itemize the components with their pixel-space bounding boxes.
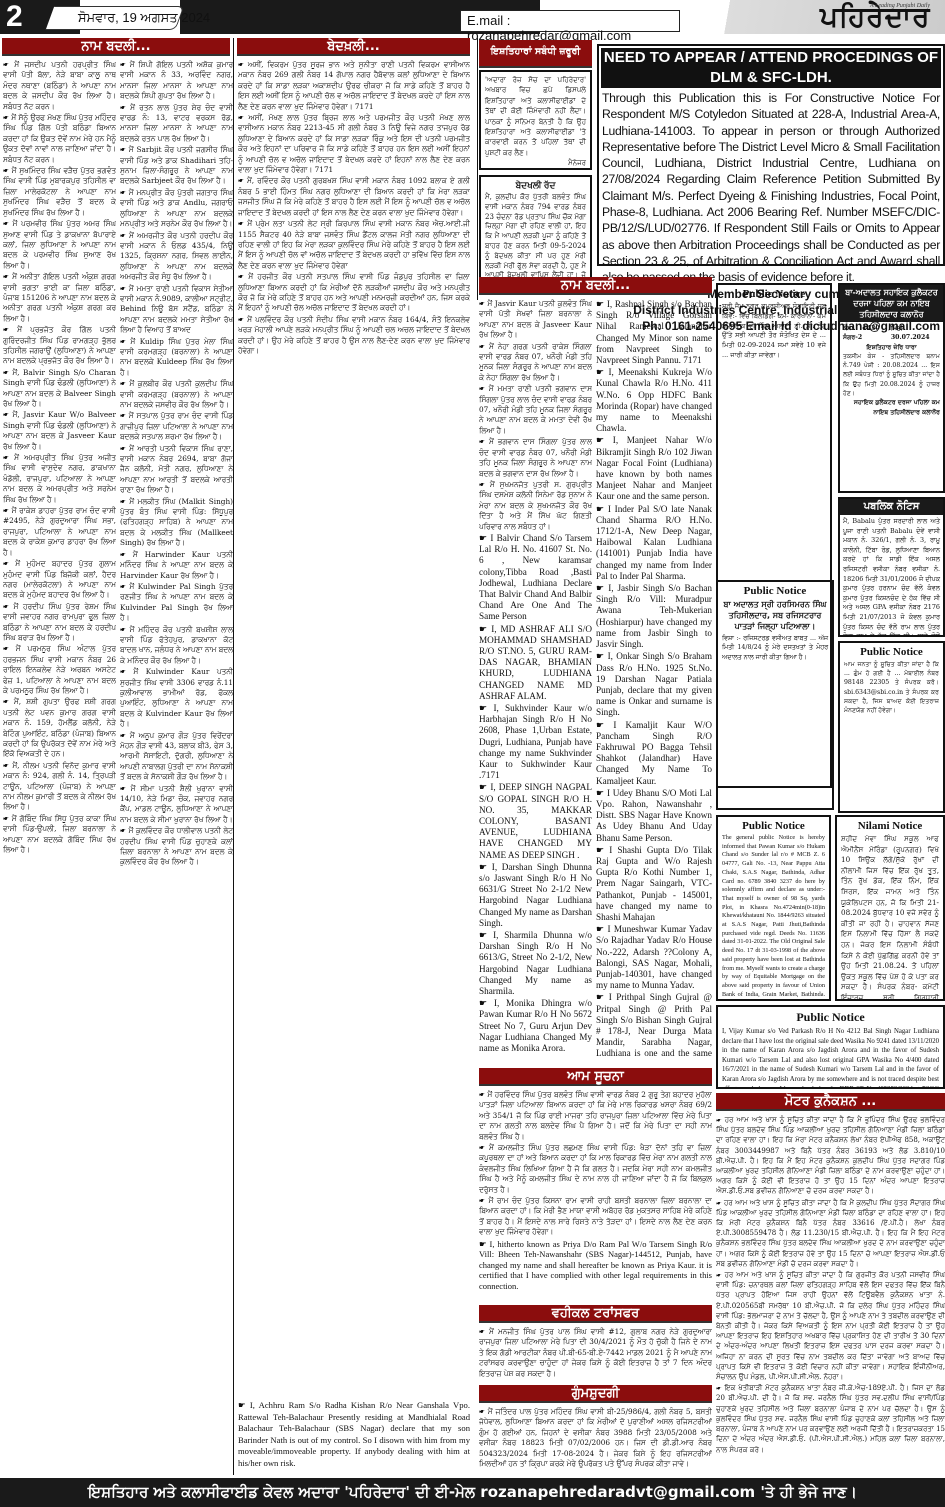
list-item: ਮੈਂ Kulwinder Pal Singh ਪੁੱਤਰ ਰਣਜੀਤ ਸਿੰਘ… xyxy=(120,582,233,624)
list-item: ਮੈਂ ਮਲਕੀਤ ਸਿੰਘ (Malkit Singh) ਪੁੱਤਰ ਬੰਤ … xyxy=(120,497,233,549)
list-item: ਮੈਂ, Jasvir Kaur W/o Balveer Singh ਵਾਸੀ … xyxy=(3,410,116,452)
list-item: ਮੈਂ ਅਨੀਤਾ ਗੋਇਲ ਪਤਨੀ ਅੰਕੁਸ਼ ਗਰਗ ਵਾਸੀ ਭਗਤਾ… xyxy=(3,272,116,324)
section-header-disownment: ਬੇਦਖ਼ਲੀ... xyxy=(237,38,470,56)
list-item: ਮੈਂ ਮਹਿੰਦਰ ਕੌਰ ਪਤਨੀ ਬਖਸ਼ੀਸ਼ ਲਾਲ ਵਾਸੀ ਪਿੰ… xyxy=(120,625,233,667)
list-item: ਮੈਂ ਪ੍ਰਭਜੋਤ ਕੌਰ ਗਿੱਲ ਪਤਨੀ ਗੁਰਿੰਦਰਜੀਤ ਸਿੰ… xyxy=(3,325,116,367)
court-notice-sign: ਸਹਾਇਕ ਕੁਲੈਕਟਰ ਦਰਜਾ ਪਹਿਲਾ ਕਮ ਨਾਇਬ ਤਹਿਸੀਲਦ… xyxy=(843,398,940,417)
list-item: ਮੈਂ Harwinder Kaur ਪਤਨੀ ਮਨਿੰਦਰ ਸਿੰਘ ਨੇ ਆ… xyxy=(120,550,233,581)
list-item: ਹਰ ਆਮ ਅਤੇ ਖਾਸ ਨੂੰ ਸੂਚਿਤ ਕੀਤਾ ਜਾਂਦਾ ਹੈ ਕਿ… xyxy=(716,1115,945,1197)
list-item: ਮੈਂ, Balvir Singh S/o Charan Singh ਵਾਸੀ … xyxy=(3,368,116,410)
list-item: ਮੈਂ, ਨੀਲਮ ਪਤਨੀ ਵਿਨੋਦ ਕੁਮਾਰ ਵਾਸੀ ਮਕਾਨ ਨੰ:… xyxy=(3,761,116,813)
name-change-column-2: ਮੈਂ ਸ਼ਿਪੀ ਗੋਇਲ ਪਤਨੀ ਅਸ਼ੋਕ ਕੁਮਾਰ ਵਾਸੀ ਮਕਾ… xyxy=(120,60,233,1475)
list-item: ਮੈਂ ਪਰਮਨੂਰ ਸਿੰਘ ਅੰਟਾਲ ਪੁੱਤਰ ਹਰਭਜਨ ਸਿੰਘ ਵ… xyxy=(3,644,116,696)
court-notice-body: ਤਕਸੀਮ ਕੇਸ - ਤਹਿਸੀਲਦਾਰ ਬਨਾਮ ਨੰ.749 ਪੇਸ਼ੀ … xyxy=(843,353,940,397)
list-item: ਮੈਂ Kulwinder Kaur ਪਤਨੀ ਸੁਰਜੀਤ ਸਿੰਘ ਵਾਸੀ… xyxy=(120,667,233,729)
name-change-column-4: I, Rashpal Singh s/o Bachan Singh R/o Vi… xyxy=(596,299,712,1061)
vehicle-transfer-notice: ਮੈਂ ਮਨਜੀਤ ਸਿੰਘ ਪੁੱਤਰ ਪਾਲ ਸਿੰਘ ਵਾਸੀ #12, … xyxy=(479,1327,712,1377)
notice-body: I, Vijay Kumar s/o Ved Parkash R/o H No … xyxy=(722,1028,939,1089)
list-item: I Shashi Gupta D/o Tilak Raj Gupta and W… xyxy=(596,845,712,923)
list-item: ਮੈਂ, ਰਵਿੰਦਰ ਕੌਰ ਪਤਨੀ ਗੁਰਬਖਸ਼ ਸਿੰਘ ਵਾਸੀ ਮ… xyxy=(238,176,470,218)
list-item: ਮੈਂ ਕੁਲਬੀਰ ਕੌਰ ਪਤਨੀ ਕੁਲਦੀਪ ਸਿੰਘ ਵਾਸੀ ਕਰਮ… xyxy=(120,379,233,410)
list-item: ਮੈਂ ਸੁਖਮਨਜੋਤ ਪੁਤਰੀ ਸ. ਗੁਰਪ੍ਰੀਤ ਸਿੰਘ ਦਸਮੇ… xyxy=(479,480,592,532)
public-notice-3: Public Notice ਆਮ ਜਨਤਾ ਨੂੰ ਸੂਚਿਤ ਕੀਤਾ ਜਾਂ… xyxy=(838,641,945,813)
name-change-column-3: ਮੈਂ Jasvir Kaur ਪਤਨੀ ਕੁਲਵੰਤ ਸਿੰਘ ਵਾਸੀ ਪੱ… xyxy=(479,299,592,1061)
dlm-notice-body: Through this Publication this is For Con… xyxy=(602,90,940,286)
list-item: I Muneshwar Kumar Yadav S/o Rajadhar Yad… xyxy=(596,924,712,991)
list-item: ਮੈਂ ਸੋਨੂੰ ਉਰਫ ਮੱਖਣ ਸਿੰਘ ਪੁੱਤਰ ਮਹਿੰਦਰ ਸਿੰ… xyxy=(3,113,116,165)
public-notice-2: Public Notice ਬਾ ਅਦਾਲਤ ਸ੍ਰੀ ਹਰਸਿਮਰਨ ਸਿੰਘ… xyxy=(716,580,834,810)
meter-connection-notices: ਹਰ ਆਮ ਅਤੇ ਖਾਸ ਨੂੰ ਸੂਚਿਤ ਕੀਤਾ ਜਾਂਦਾ ਹੈ ਕਿ… xyxy=(716,1115,945,1475)
list-item: ਮੈਂ ਨੇਹਾ ਗਰਗ ਪਤਨੀ ਰਾਕੇਸ਼ ਸਿੰਗਲਾ ਵਾਸੀ ਵਾਰ… xyxy=(479,342,592,384)
list-item: ਮੈਂ ਮਮਤਾ ਰਾਣੀ ਪਤਨੀ ਵਿਕਾਸ ਸੇਤੀਆ ਵਾਸੀ ਮਕਾਨ… xyxy=(120,284,233,336)
section-header-vehicle-transfer: ਵਹੀਕਲ ਟਰਾਂਸਫਰ xyxy=(479,1305,712,1323)
list-item: ਮੈਂ ਹਰਜੀਤ ਕੌਰ ਪਤਨੀ ਸਤਪਾਲ ਸਿੰਘ ਵਾਸੀ ਪਿੰਡ … xyxy=(238,272,470,314)
public-notice-4: Public Notice The general public Notice … xyxy=(716,815,831,1001)
list-item: ਹਰ ਆਮ ਅਤੇ ਖਾਸ ਨੂੰ ਸੂਚਿਤ ਕੀਤਾ ਜਾਂਦਾ ਹੈ ਕਿ… xyxy=(716,1270,945,1382)
disclaimer-header: ਇਸ਼ਤਿਹਾਰਾਂ ਸਬੰਧੀ ਜ਼ਰੂਰੀ ਬੇਨਤੀ xyxy=(479,40,592,68)
public-notice-5: Public Notice I, Vijay Kumar s/o Ved Par… xyxy=(716,1005,945,1089)
list-item: I Inder Pal S/O late Nanak Chand Sharma … xyxy=(596,504,712,582)
list-item: I, Meenakshi Kukreja W/o Kunal Chawla R/… xyxy=(596,367,712,434)
list-item: I Udey Bhanu S/O Moti Lal Vpo. Rahon, Na… xyxy=(596,788,712,844)
list-item: I Kamaljit Kaur W/O Pancham Singh R/O Fa… xyxy=(596,720,712,787)
list-item: ਮੈਂ ਜਸਦੀਪ ਪਤਨੀ ਹਰਪ੍ਰੀਤ ਸਿੰਘ ਵਾਸੀ ਪੱਤੀ ਬੱ… xyxy=(3,60,116,112)
list-item: ਮੈਂ, ਸ਼ਸ਼ੀ ਗੁਪਤਾ ਉਰਫ ਸ਼ਸ਼ੀ ਗਰਗ ਪਤਨੀ ਲੇਟ … xyxy=(3,697,116,759)
list-item: I, Rashpal Singh s/o Bachan Singh R/o Vi… xyxy=(596,299,712,366)
dlm-notice-title: NEED TO APPEAR / ATTEND PROCEDINGS OF DL… xyxy=(601,48,941,88)
name-change-column-1: ਮੈਂ ਜਸਦੀਪ ਪਤਨੀ ਹਰਪ੍ਰੀਤ ਸਿੰਘ ਵਾਸੀ ਪੱਤੀ ਬੱ… xyxy=(3,60,116,1475)
court-date: ਮਿਤੀ: 30.07.2024 xyxy=(891,324,940,343)
notice-body: ਸ਼ਹੀਦ ਮੇਵਾ ਸਿੰਘ ਸਕੂਲ ਆਫ ਐਮੀਨੈਂਸ ਮੋਰਿੰਡਾ … xyxy=(841,834,939,1001)
list-item: ਮੈਂ ਸੁਖਮਿੰਦਰ ਸਿੰਘ ਵੜੈਚ ਪੁੱਤਰ ਭਗਵੰਤ ਸਿੰਘ … xyxy=(3,166,116,218)
list-item: I, Darshan Singh Dhunna s/o Jaswant Sing… xyxy=(479,862,592,929)
list-item: ਮੈਂ ਪ੍ਰੇਮ ਲਤਾ ਪਤਨੀ ਲੇਟ ਸ੍ਰੀ ਕਿਰਪਾਲ ਸਿੰਘ … xyxy=(238,219,470,271)
footer-banner: ਇਸ਼ਤਿਹਾਰ ਅਤੇ ਕਲਾਸੀਫਾਈਡ ਕੇਵਲ ਅਦਾਰਾ 'ਪਹਿਰੇ… xyxy=(0,1478,945,1507)
list-item: I Prithpal Singh Gujral @ Pritpal Singh … xyxy=(596,992,712,1061)
list-item: ਮੈਂ ਅਮਰਪ੍ਰੀਤ ਸਿੰਘ ਪੁੱਤਰ ਅਜੀਤ ਸਿੰਘ ਵਾਸੀ ਵ… xyxy=(3,453,116,505)
disownment-english: I, Achhru Ram S/o Radha Kishan R/o Near … xyxy=(238,1400,470,1475)
missing-documents-notice: ਮੈਂ ਜਤਿੰਦਰ ਪਾਲ ਪੁੱਤਰ ਮਹਿੰਦਰ ਸਿੰਘ ਵਾਸੀ ਬੀ… xyxy=(479,1407,712,1475)
issue-date: ਸੋਮਵਾਰ, 19 ਅਗਸਤ 2024 xyxy=(78,10,210,26)
list-item: ਮੈਂ ਕੁਲਵਿੰਦਰ ਕੌਰ ਧਾਲੀਵਾਲ ਪਤਨੀ ਲੇਟ ਹਰਦੀਪ … xyxy=(120,826,233,868)
column-rule xyxy=(233,38,234,1475)
list-item: ਮੈਂ ਅਮਰਜੀਤ ਕੌਰ ਪਤਨੀ ਹਰਦੀਪ ਕੌਰ ਵਾਸੀ ਮਕਾਨ … xyxy=(120,231,233,283)
list-item: I, Manjeet Nahar W/o Bikramjit Singh R/o… xyxy=(596,435,712,502)
list-item: ਮੈਂ ਭਗਵਾਨ ਦਾਸ ਸਿੰਗਲਾ ਪੁੱਤਰ ਲਾਲ ਚੰਦ ਵਾਸੀ … xyxy=(479,437,592,479)
notice-body: ਆਮ ਜਨਤਾ ਨੂੰ ਸੂਚਿਤ ਕੀਤਾ ਜਾਂਦਾ ਹੈ ਕਿ ... ਗ… xyxy=(844,661,939,714)
list-item: ਮੈਂ Jasvir Kaur ਪਤਨੀ ਕੁਲਵੰਤ ਸਿੰਘ ਵਾਸੀ ਪੱ… xyxy=(479,299,592,341)
list-item: ਮੈਂ ਮਮਤਾ ਰਾਣੀ ਪਤਨੀ ਭਗਵਾਨ ਦਾਸ ਸਿੰਗਲਾ ਪੁੱਤ… xyxy=(479,384,592,436)
list-item: ਹਰ ਆਮ ਅਤੇ ਖਾਸ ਨੂੰ ਸੂਚਿਤ ਕੀਤਾ ਜਾਂਦਾ ਹੈ ਕਿ… xyxy=(716,1198,945,1269)
list-item: I, Sukhvinder Kaur w/o Harbhajan Singh R… xyxy=(479,703,592,781)
list-item: ਮੈਂ Sarbjit ਕੌਰ ਪਤਨੀ ਜਗਸੀਰ ਸਿੰਘ ਵਾਸੀ ਪਿੰ… xyxy=(120,145,233,187)
list-item: ਅਸੀਂ, ਮੱਖਣ ਲਾਲ ਪੁੱਤਰ ਬ੍ਰਿਜ ਲਾਲ ਅਤੇ ਪਰਮਜੀ… xyxy=(238,113,470,175)
list-item: I, MD ASHRAF ALI S/O MOHAMMAD SHAMSHAD R… xyxy=(479,624,592,702)
list-item: I, Monika Dhingra w/o Pawan Kumar R/o H … xyxy=(479,998,592,1054)
disclaimer-sign: ਮੈਨੇਜਰ xyxy=(485,158,586,168)
section-header-name-change: ਨਾਮ ਬਦਲੀ... xyxy=(2,38,230,56)
notice-subtitle: ਬਾ ਅਦਾਲਤ ਸ੍ਰੀ ਹਰਸਿਮਰਨ ਸਿੰਘ ਤਹਿਸੀਲਦਾਰ, ਸਬ… xyxy=(722,599,828,632)
list-item: ਇਕ ਖੇਤੀਬਾੜੀ ਮੋਟਰ ਕੁਨੈਕਸ਼ਨ ਖਾਤਾ ਨੰਬਰ ਜੀ.ਕ… xyxy=(716,1383,945,1454)
list-item: ਮੈਂ ਰਾਮ ਚੰਦ ਪੁੱਤਰ ਕਿਸਨਾ ਰਾਮ ਵਾਸੀ ਰਾਹੀ ਬਸ… xyxy=(479,1196,712,1238)
list-item: ਮੈਂ ਸਤਪਾਲ ਪੁੱਤਰ ਰਾਮ ਚੰਦ ਵਾਸੀ ਪਿੰਡ ਗਾਜ਼ੀਪ… xyxy=(120,411,233,442)
list-item: I Balvir Chand S/o Tarsem Lal R/o H. No.… xyxy=(479,533,592,623)
disownment-notices: ਅਸੀਂ, ਵਿਕਰਮ ਪੁੱਤਰ ਸੂਰਜ ਭਾਨ ਅਤੇ ਸੁਨੀਤਾ ਰਾ… xyxy=(238,60,470,1415)
section-header-name-change-2: ਨਾਮ ਬਦਲੀ... xyxy=(479,277,712,295)
notice-body: ਸ੍ਰੀ ਜੈਮ ਨਗਰ ਕਮਰਸ਼ੀਅਲ ਸੋਸਾਇਟੀ ਸਬ ਕਿਵੇਂ:-… xyxy=(722,302,826,359)
notice-title: Public Notice xyxy=(844,646,939,658)
notice-body: The general public Notice is hereby info… xyxy=(722,834,825,1001)
list-item: ਮੈਂ ਹਰਦੀਪ ਸਿੰਘ ਪੁੱਤਰ ਰੇਸ਼ਮ ਸਿੰਘ ਵਾਸੀ ਜਵਾ… xyxy=(3,602,116,644)
court-notice-sub: ਇਸ਼ਤਿਹਾਰ ਜ਼ੇਰਿ ਧਾਰਾ xyxy=(843,343,940,352)
section-header-missing: ਗੁੰਮਸ਼ੁਦਗੀ xyxy=(479,1385,712,1403)
notice-title: Public Notice xyxy=(722,585,828,597)
list-item: ਅਸੀਂ, ਵਿਕਰਮ ਪੁੱਤਰ ਸੂਰਜ ਭਾਨ ਅਤੇ ਸੁਨੀਤਾ ਰਾ… xyxy=(238,60,470,112)
list-item: ਮੈਂ ਮਨਪ੍ਰੀਤ ਕੌਰ ਪੁੱਤਰੀ ਜਗਤਾਰ ਸਿੰਘ ਵਾਸੀ ਪ… xyxy=(120,188,233,230)
section-header-meter-connection: ਮੋਟਰ ਕੁਨੈਕਸ਼ਨ ... xyxy=(716,1093,945,1111)
list-item: ਮੈਂ ਰਾਕੇਸ਼ ਡਾਹਰਾ ਪੁੱਤਰ ਰਾਮ ਚੰਦ ਵਾਸੀ #249… xyxy=(3,506,116,558)
list-item: ਮੈਂ ਰਤਨ ਲਾਲ ਪੁੱਤਰ ਸ਼ੇਰ ਚੰਦ ਵਾਸੀ ਵਾਰਡ ਨੰ:… xyxy=(120,103,233,145)
list-item: ਮੈਂ ਸ਼ਿਪੀ ਗੋਇਲ ਪਤਨੀ ਅਸ਼ੋਕ ਕੁਮਾਰ ਵਾਸੀ ਮਕਾ… xyxy=(120,60,233,102)
notice-title: ਪਬਲਿਕ ਨੋਟਿਸ xyxy=(840,499,943,515)
tagline: A Leading Punjabi Daily xyxy=(870,3,930,9)
list-item: ਮੈਂ ਹਰਵਿੰਦਰ ਸਿੰਘ ਪੁੱਤਰ ਬਲਵੰਤ ਸਿੰਘ ਵਾਸੀ ਵ… xyxy=(479,1090,712,1142)
notice-title: Public Notice xyxy=(722,1010,939,1025)
list-item: I, Achhru Ram S/o Radha Kishan R/o Near … xyxy=(238,1400,470,1469)
list-item: ਮੈਂ Kuldip ਸਿੰਘ ਪੁੱਤਰ ਮੇਲਾ ਸਿੰਘ ਵਾਸੀ ਕਰਮ… xyxy=(120,337,233,379)
court-notice: ਬਾ-ਅਦਾਲਤ ਸਹਾਇਕ ਕੁਲੈਕਟਰ ਦਰਜਾ ਪਹਿਲਾ ਕਮ ਨਾਇ… xyxy=(838,283,945,493)
section-header-general-notice: ਆਮ ਸੂਚਨਾ xyxy=(479,1068,712,1086)
header-email[interactable]: E.mail : rozanapehredar@gmail.com xyxy=(460,10,680,32)
notice-title: Nilami Notice xyxy=(841,820,939,832)
public-notice-punjabi: ਪਬਲਿਕ ਨੋਟਿਸ ਮੈਂ, Babalu ਪੁੱਤਰ ਸਰਦਾਰੀ ਲਾਲ… xyxy=(838,497,945,637)
list-item: ਮੈਂ ਕਮਲਜੀਤ ਸਿੰਘ ਪੁੱਤਰ ਲਛਮਣ ਸਿੰਘ ਵਾਸੀ ਪਿੰ… xyxy=(479,1143,712,1195)
list-item: ਮੈਂ ਮਨਜੀਤ ਸਿੰਘ ਪੁੱਤਰ ਪਾਲ ਸਿੰਘ ਵਾਸੀ #12, … xyxy=(479,1327,712,1377)
notice-body: ਵਿਸ਼ਾ :- ਰਜਿਸਟਰਡ ਵਸੀਅਤ ਬਾਬਤ ... ਅੱਜ ਮਿਤੀ… xyxy=(722,635,828,661)
notice-title: Public Notice xyxy=(722,288,826,300)
list-item: I, Sharmila Dhunna w/o Darshan Singh R/o… xyxy=(479,930,592,997)
list-item: ਮੈਂ ਪਲਵਿੰਦਰ ਕੌਰ ਪਤਨੀ ਸੰਦੀਪ ਸਿੰਘ ਵਾਸੀ ਮਕਾ… xyxy=(238,315,470,357)
general-notices: ਮੈਂ ਹਰਵਿੰਦਰ ਸਿੰਘ ਪੁੱਤਰ ਬਲਵੰਤ ਸਿੰਘ ਵਾਸੀ ਵ… xyxy=(479,1090,712,1302)
list-item: ਮੈਂ ਸੀਮਾ ਪਤਨੀ ਸ਼ੈਲੀ ਖੁਰਾਨਾ ਵਾਸੀ 14/10, ਨ… xyxy=(120,784,233,826)
list-item: I, hitherto known as Priya D/o Ram Pal W… xyxy=(479,1239,712,1292)
notice-title: Public Notice xyxy=(722,820,825,832)
list-item: ਮੈਂ ਗੋਬਿੰਦ ਸਿੰਘ ਸਿੱਧੂ ਪੁੱਤਰ ਕਾਕਾ ਸਿੰਘ ਵਾ… xyxy=(3,814,116,856)
box-title: ਬੇਦਖਲੀ ਰੱਦ xyxy=(485,180,586,191)
page-number: 2 xyxy=(6,0,23,34)
court-notice-title: ਬਾ-ਅਦਾਲਤ ਸਹਾਇਕ ਕੁਲੈਕਟਰ ਦਰਜਾ ਪਹਿਲਾ ਕਮ ਨਾਇ… xyxy=(840,285,943,322)
notice-body: ਮੈਂ, Babalu ਪੁੱਤਰ ਸਰਦਾਰੀ ਲਾਲ ਅਤੇ ਪੂਜਾ ਰਾ… xyxy=(840,515,943,637)
list-item: I, Jasbir Singh S/o Bachan Singh R/o Vil… xyxy=(596,583,712,650)
nilami-notice: Nilami Notice ਸ਼ਹੀਦ ਮੇਵਾ ਸਿੰਘ ਸਕੂਲ ਆਫ ਐਮ… xyxy=(835,815,945,1001)
list-item: ਮੈਂ ਅਨੂਪ ਕੁਮਾਰ ਗੌੜ ਪੁੱਤਰ ਵਿਰੇਂਦਰਾ ਮੋਹਨ ਗ… xyxy=(120,731,233,783)
list-item: ਮੈਂ ਜਤਿੰਦਰ ਪਾਲ ਪੁੱਤਰ ਮਹਿੰਦਰ ਸਿੰਘ ਵਾਸੀ ਬੀ… xyxy=(479,1407,712,1469)
dlm-notice: NEED TO APPEAR / ATTEND PROCEDINGS OF DL… xyxy=(597,44,945,266)
list-item: ਮੈਂ ਪਰਮਵੀਰ ਸਿੰਘ ਪੁੱਤਰ ਅਮਰ ਸਿੰਘ ਸੁਆਣ ਵਾਸੀ… xyxy=(3,219,116,271)
court-case-no: ਕੇਸ: 1430 /ਸੰਗਰ-2 xyxy=(843,324,891,343)
list-item: I, DEEP SINGH NAGPAL S/O GOPAL SINGH R/O… xyxy=(479,782,592,860)
list-item: ਮੈਂ ਆਰਤੀ ਪਤਨੀ ਵਿਕਾਸ ਸਿੰਘ ਰਾਣਾ, ਵਾਸੀ ਮਕਾਨ… xyxy=(120,444,233,496)
list-item: ਮੈਂ ਮੁਹੰਮਦ ਬਹਾਦਰ ਪੁੱਤਰ ਗੁਲਾਮ ਮੁਹੰਮਦ ਵਾਸੀ… xyxy=(3,559,116,601)
disclaimer-box: 'ਅਦਾਰਾ ਰੋਜ਼ ਸੋਚ ਦਾ ਪਹਿਰੇਦਾਰ' ਅਖਬਾਰ ਵਿਚ ਛ… xyxy=(479,70,592,170)
list-item: I, Onkar Singh S/o Braham Dass R/o H.No.… xyxy=(596,651,712,718)
disclaimer-text: 'ਅਦਾਰਾ ਰੋਜ਼ ਸੋਚ ਦਾ ਪਹਿਰੇਦਾਰ' ਅਖਬਾਰ ਵਿਚ ਛ… xyxy=(485,76,586,157)
